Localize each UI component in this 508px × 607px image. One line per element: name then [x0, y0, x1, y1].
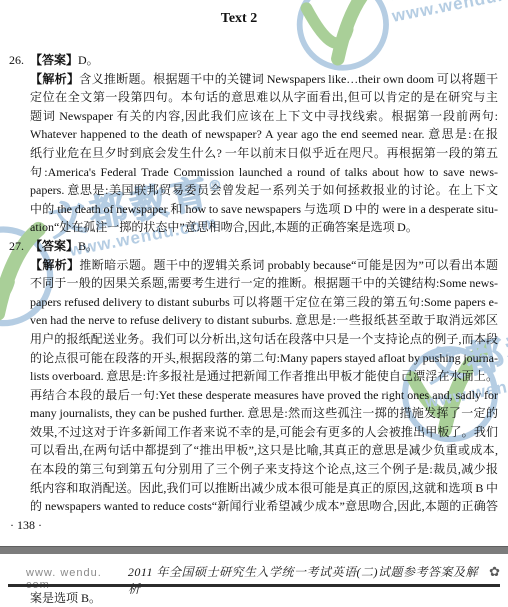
watermark-brand-text: 文都教育® — [382, 0, 508, 7]
text-line: 不同于一般的因果关系题,需要考生进行一定的推断。根据题干中的关键结构:Some … — [30, 274, 498, 293]
answer-value: B。 — [78, 239, 98, 253]
text-line: 的 newspapers wanted to reduce costs“新闻行业… — [30, 497, 498, 516]
text-line: papers refused delivery to distant subur… — [30, 293, 498, 312]
text-line: 句:America's Federal Trade Commission lau… — [30, 163, 498, 182]
text-line: ven had the nerve to refuse delivery to … — [30, 311, 498, 330]
answer-label: 【答案】 — [30, 239, 78, 253]
header-double-rule — [8, 584, 500, 587]
text-line: 可以看出,在两句话中都提到了“推出甲板”,这只是比喻,其真正的意思是减少负重或成… — [30, 441, 498, 460]
answer-item-27: 27.【答案】B。 【解析】推断暗示题。题干中的逻辑关系词 probably b… — [30, 237, 498, 516]
text-line: many journalists, they can be pushed fur… — [30, 404, 498, 423]
answer-line: 26.【答案】D。 — [30, 51, 498, 70]
flower-icon: ✿ — [489, 565, 500, 580]
text-line: 再结合本段的最后一句:Yet these desperate measures … — [30, 386, 498, 405]
continuation-text: 案是选项 B。 — [30, 589, 101, 607]
answer-line: 27.【答案】B。 — [30, 237, 498, 256]
text-line: 定位在全文第一段第四句。本句话的意思难以从字面看出,但可以肯定的是在研究与主 — [30, 88, 498, 107]
text-line: 【解析】含义推断题。根据题干中的关键词 Newspapers like…thei… — [30, 70, 498, 89]
analysis-label: 【解析】 — [30, 72, 79, 86]
page-number: · 138 · — [10, 516, 42, 534]
page-divider-bar — [0, 546, 508, 554]
text-line: 的论点很可能在段落的开头,根据段落的第二句:Many papers stayed… — [30, 349, 498, 368]
text-line: 效果,不过这对于许多新闻工作者来说不幸的是,可能会有更多的人会被推出甲板了。我们 — [30, 423, 498, 442]
footer-site-url: www. wendu. com — [26, 567, 128, 591]
answer-key-content: 26.【答案】D。 【解析】含义推断题。根据题干中的关键词 Newspapers… — [30, 51, 498, 516]
item-number: 26. — [9, 51, 24, 70]
answer-value: D。 — [78, 53, 99, 67]
text-line: lists overboard. 意思是:许多报社是通过把新闻工作者推出甲板才能… — [30, 367, 498, 386]
text-line: Whatever happened to the death of newspa… — [30, 125, 498, 144]
text-line: ation“处在孤注一掷的状态中”意思相吻合,因此,本题的正确答案是选项 D。 — [30, 218, 498, 237]
text-line: 【解析】推断暗示题。题干中的逻辑关系词 probably because“可能是… — [30, 256, 498, 275]
text-line: 纸行业危在旦夕时到底会发生什么? 一年以前末日似乎近在咫尺。再根据第一段的第五 — [30, 144, 498, 163]
text-line: 用户的报纸配送业务。我们可以分析出,这句话在段落中只是一个支持论点的例子,而本段 — [30, 330, 498, 349]
document-page: 文都教育® www.wendu.com 文都教育® www.wendu.com … — [0, 0, 508, 607]
answer-label: 【答案】 — [30, 53, 78, 67]
text-line: 纸内容和取消配送。因此,我们可以推断出减少成本很可能是真正的原因,这就和选项 B… — [30, 479, 498, 498]
answer-item-26: 26.【答案】D。 【解析】含义推断题。根据题干中的关键词 Newspapers… — [30, 51, 498, 237]
analysis-label: 【解析】 — [30, 258, 79, 272]
footer-header-title: 2011 年全国硕士研究生入学统一考试英语(二)试题参考答案及解析 — [128, 563, 484, 597]
text-line: 中的 the death of newspaper 和 how to save … — [30, 200, 498, 219]
text-line: 在本段的第三句到第五句分别用了三个例子来支持这个论点,这三个例子是:裁员,减少报 — [30, 460, 498, 479]
next-page-header: www. wendu. com 2011 年全国硕士研究生入学统一考试英语(二)… — [10, 563, 500, 582]
item-number: 27. — [9, 237, 24, 256]
page-title: Text 2 — [0, 11, 478, 27]
text-line: 题词 Newspaper 有关的内容,因此我们应该在上下文中寻找线索。根据第一段… — [30, 107, 498, 126]
text-line: papers. 意思是:美国联邦贸易委员会曾发起一系列关于如何拯救报业的讨论。在… — [30, 181, 498, 200]
